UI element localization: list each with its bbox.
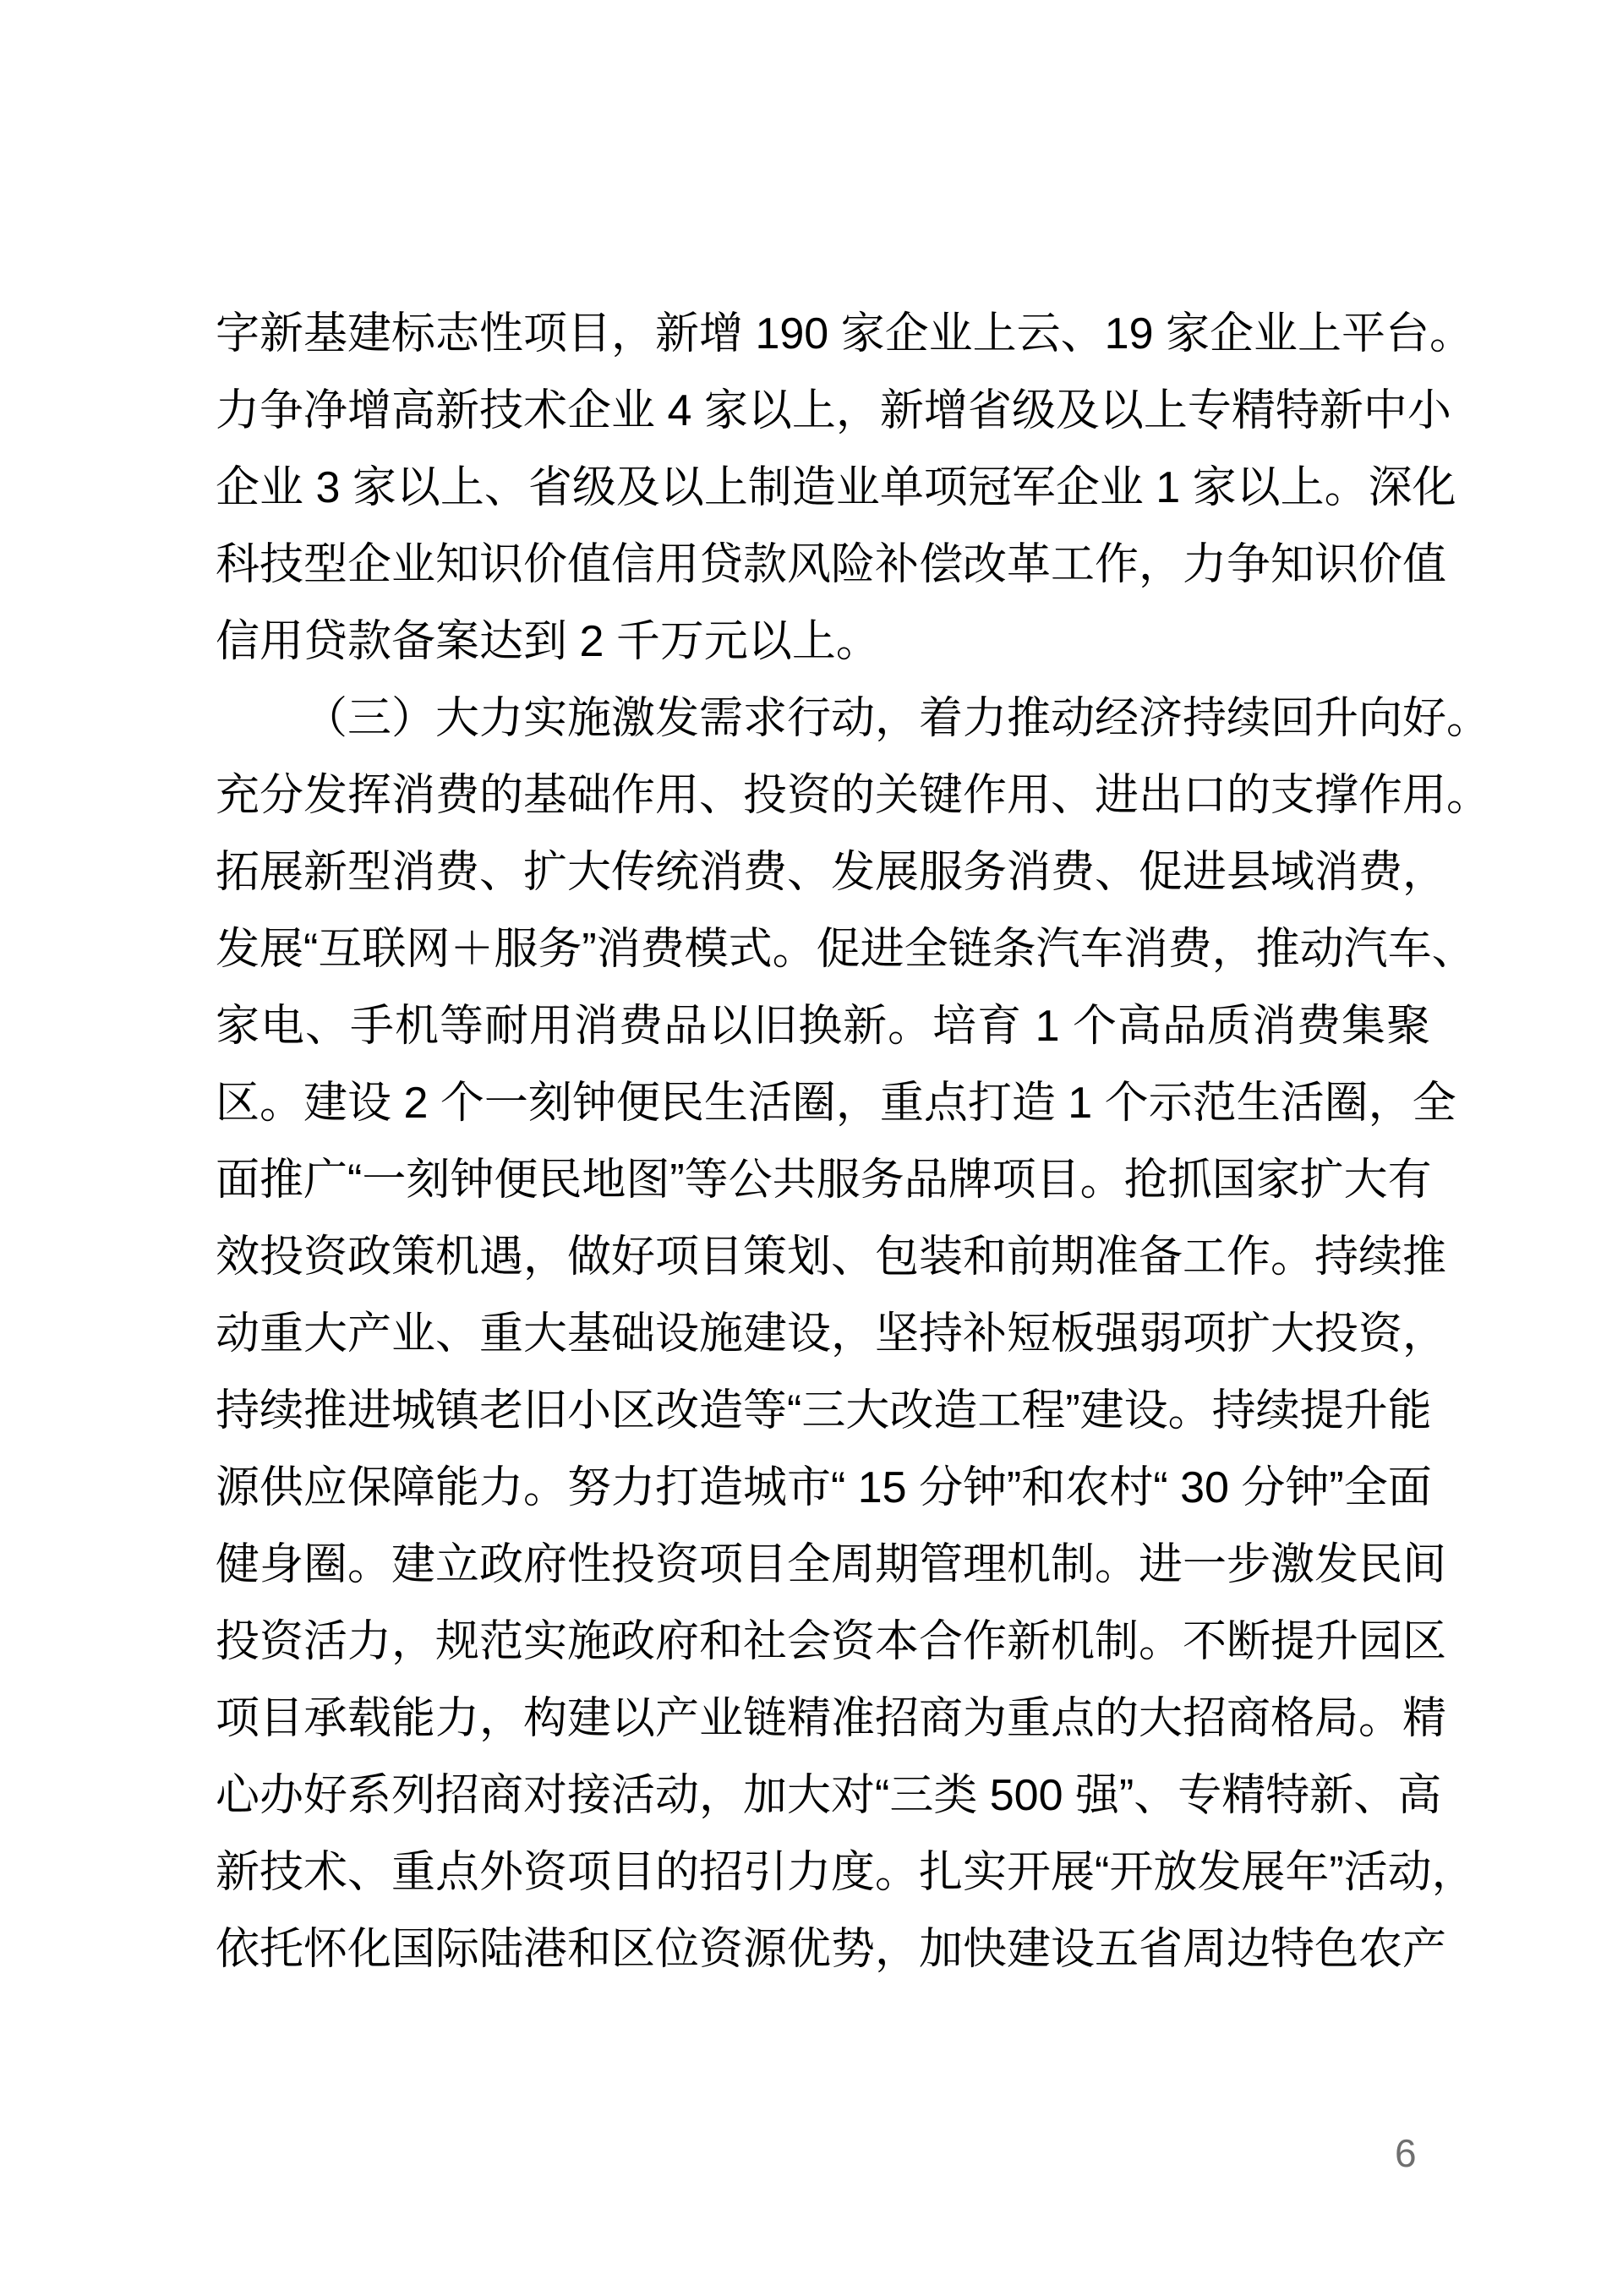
body-text: 字新基建标志性项目，新增 190 家企业上云、19 家企业上平台。 力争净增高新… bbox=[216, 296, 1430, 1988]
text-line: 项目承载能力，构建以产业链精准招商为重点的大招商格局。精 bbox=[216, 1681, 1430, 1758]
text-line: 字新基建标志性项目，新增 190 家企业上云、19 家企业上平台。 bbox=[216, 296, 1430, 373]
text-line: 企业 3 家以上、省级及以上制造业单项冠军企业 1 家以上。深化 bbox=[216, 450, 1430, 527]
text-line: 持续推进城镇老旧小区改造等“三大改造工程”建设。持续提升能 bbox=[216, 1373, 1430, 1450]
text-line: 发展“互联网＋服务”消费模式。促进全链条汽车消费，推动汽车、 bbox=[216, 911, 1430, 988]
text-line: 家电、手机等耐用消费品以旧换新。培育 1 个高品质消费集聚 bbox=[216, 988, 1430, 1065]
text-line: 投资活力，规范实施政府和社会资本合作新机制。不断提升园区 bbox=[216, 1604, 1430, 1681]
text-line: 力争净增高新技术企业 4 家以上，新增省级及以上专精特新中小 bbox=[216, 373, 1430, 450]
text-line: 效投资政策机遇，做好项目策划、包装和前期准备工作。持续推 bbox=[216, 1219, 1430, 1296]
section-heading-line: （三）大力实施激发需求行动，着力推动经济持续回升向好。 bbox=[216, 681, 1430, 757]
document-page: 字新基建标志性项目，新增 190 家企业上云、19 家企业上平台。 力争净增高新… bbox=[0, 0, 1623, 2296]
text-line: 科技型企业知识价值信用贷款风险补偿改革工作，力争知识价值 bbox=[216, 527, 1430, 604]
text-line: 健身圈。建立政府性投资项目全周期管理机制。进一步激发民间 bbox=[216, 1527, 1430, 1604]
page-number: 6 bbox=[1395, 2131, 1417, 2175]
text-line: 区。建设 2 个一刻钟便民生活圈，重点打造 1 个示范生活圈，全 bbox=[216, 1065, 1430, 1142]
text-line: 拓展新型消费、扩大传统消费、发展服务消费、促进县域消费， bbox=[216, 834, 1430, 911]
text-line: 源供应保障能力。努力打造城市“ 15 分钟”和农村“ 30 分钟”全面 bbox=[216, 1450, 1430, 1527]
text-line: 充分发挥消费的基础作用、投资的关键作用、进出口的支撑作用。 bbox=[216, 757, 1430, 834]
text-line: 心办好系列招商对接活动，加大对“三类 500 强”、专精特新、高 bbox=[216, 1758, 1430, 1834]
text-line: 信用贷款备案达到 2 千万元以上。 bbox=[216, 604, 1430, 681]
text-line: 面推广“一刻钟便民地图”等公共服务品牌项目。抢抓国家扩大有 bbox=[216, 1142, 1430, 1219]
text-line: 动重大产业、重大基础设施建设，坚持补短板强弱项扩大投资， bbox=[216, 1296, 1430, 1373]
text-line: 依托怀化国际陆港和区位资源优势，加快建设五省周边特色农产 bbox=[216, 1911, 1430, 1988]
text-line: 新技术、重点外资项目的招引力度。扎实开展“开放发展年”活动， bbox=[216, 1834, 1430, 1911]
